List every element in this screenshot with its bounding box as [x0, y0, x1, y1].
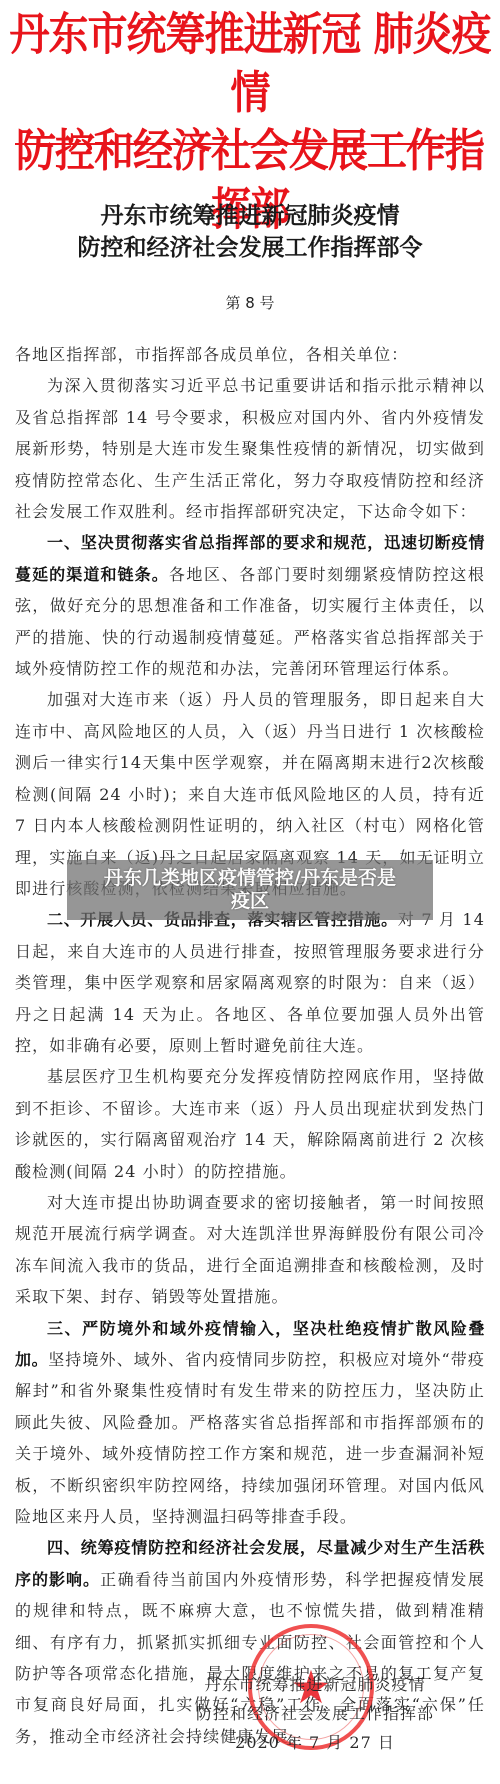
caption-line-1: 丹东几类地区疫情管控/丹东是否是: [104, 867, 396, 890]
signature-line-1: 丹东市统筹推进新冠肺炎疫情: [190, 1670, 440, 1699]
title-line-1: 丹东市统筹推进新冠肺炎疫情: [0, 200, 500, 232]
section-3-text: 坚持境外、域外、省内疫情同步防控，积极应对境外“带疫解封”和省外聚集性疫情时有发…: [15, 1350, 485, 1526]
signature-block: 丹东市统筹推进新冠肺炎疫情 防控和经济社会发展工作指挥部 2020 年 7 月 …: [190, 1670, 440, 1757]
title-line-2: 防控和经济社会发展工作指挥部令: [0, 232, 500, 264]
caption-overlay-banner: 丹东几类地区疫情管控/丹东是否是 疫区: [67, 860, 433, 920]
section-1: 一、坚决贯彻落实省总指挥部的要求和规范，迅速切断疫情蔓延的渠道和链条。各地区、各…: [15, 527, 485, 684]
section-3: 三、严防境外和域外疫情输入，坚决杜绝疫情扩散风险叠加。坚持境外、域外、省内疫情同…: [15, 1313, 485, 1533]
masthead-line-1: 丹东市统筹推进新冠 肺炎疫情: [0, 6, 500, 122]
intro-paragraph: 为深入贯彻落实习近平总书记重要讲话和指示批示精神以及省总指挥部 14 号令要求，…: [15, 370, 485, 527]
salutation: 各地区指挥部，市指挥部各成员单位，各相关单位：: [15, 339, 485, 370]
document-number: 第 8 号: [0, 292, 500, 313]
red-divider-line: [15, 143, 481, 145]
section-2-paragraph-1: 基层医疗卫生机构要充分发挥疫情防控网底作用，坚持做到不拒诊、不留诊。大连市来（返…: [15, 1061, 485, 1187]
section-2: 二、开展人员、货品排查，落实辖区管控措施。对 7 月 14 日起，来自大连市的人…: [15, 904, 485, 1061]
document-body: 各地区指挥部，市指挥部各成员单位，各相关单位： 为深入贯彻落实习近平总书记重要讲…: [15, 339, 485, 1752]
signature-date: 2020 年 7 月 27 日: [190, 1728, 440, 1757]
document-title: 丹东市统筹推进新冠肺炎疫情 防控和经济社会发展工作指挥部令: [0, 200, 500, 264]
caption-line-2: 疫区: [231, 890, 269, 913]
section-2-text: 对 7 月 14 日起，来自大连市的人员进行排查，按照管理服务要求进行分类管理，…: [15, 910, 485, 1055]
signature-line-2: 防控和经济社会发展工作指挥部: [190, 1699, 440, 1728]
section-2-paragraph-2: 对大连市提出协助调查要求的密切接触者，第一时间按照规范开展流行病学调查。对大连凯…: [15, 1187, 485, 1313]
